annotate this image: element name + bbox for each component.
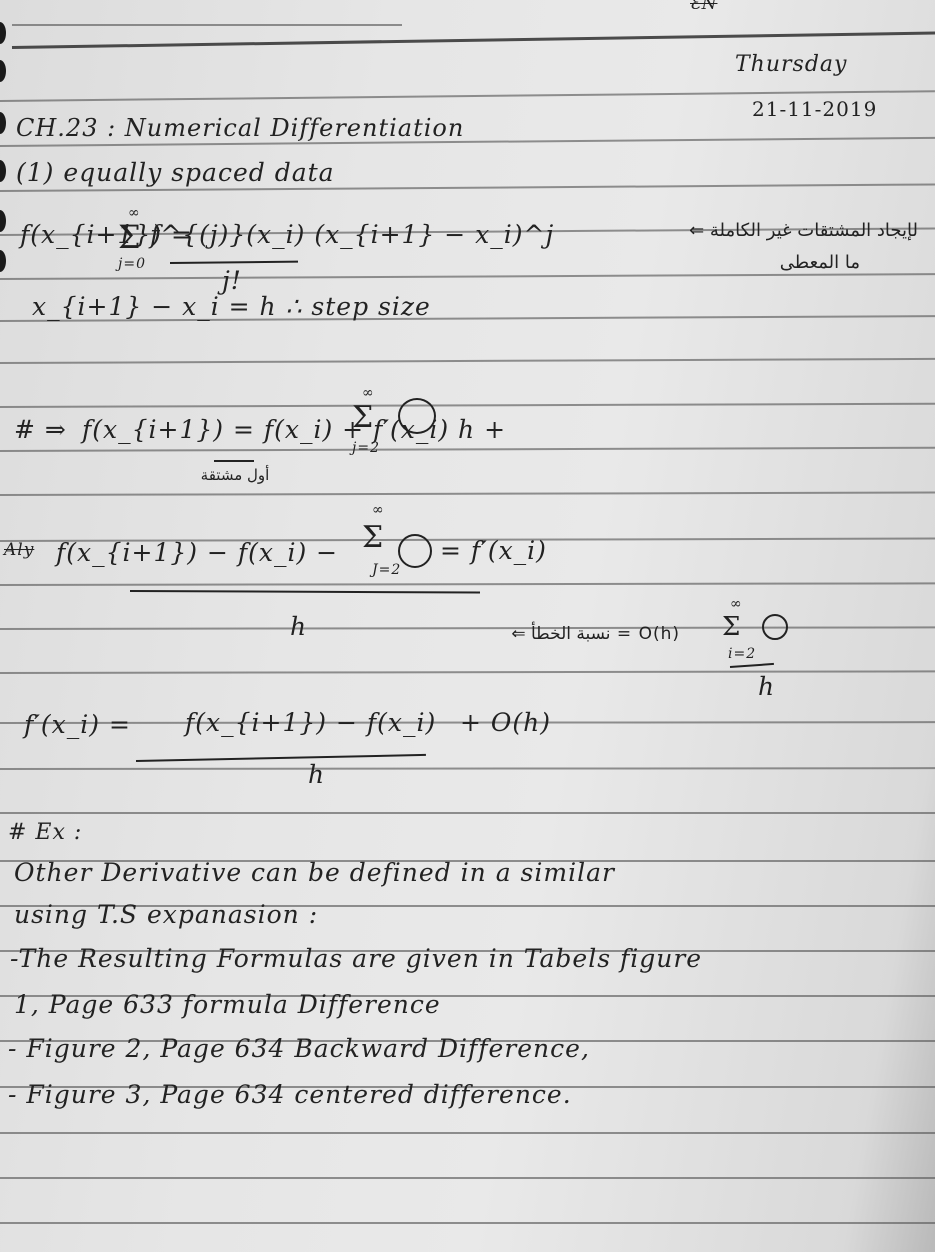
ruled-line: [0, 447, 935, 452]
fraction-bar: [170, 261, 298, 264]
note-line: -The Resulting Formulas are given in Tab…: [10, 944, 702, 973]
ruled-line: [0, 582, 935, 586]
note-line: using T.S expanasion :: [14, 900, 318, 929]
ruled-line: [0, 1222, 935, 1224]
ruled-line: [0, 1177, 935, 1179]
rearranged-sum-top: ∞: [372, 502, 385, 518]
taylor-numerator: f^{(j)}(x_i) (x_{i+1} − x_i)^j: [150, 220, 554, 249]
underbrace: [214, 460, 254, 462]
ruled-line: [0, 492, 935, 496]
remainder-circle: [398, 398, 436, 434]
margin-line: [12, 31, 935, 49]
ruled-line: [0, 812, 935, 814]
expansion-sum-top: ∞: [362, 385, 375, 401]
chapter-heading: CH.23 : Numerical Differentiation: [16, 114, 464, 142]
step-size-definition: x_{i+1} − x_i = h ∴ step size: [32, 292, 431, 321]
arabic-note: لإيجاد المشتقات غير الكاملة ⇐: [648, 220, 918, 241]
taylor-sum-bottom: j=0: [118, 256, 146, 272]
rearranged-denominator: h: [290, 612, 307, 641]
rearranged-sum-bottom: J=2: [372, 562, 401, 578]
result-tail: + O(h): [460, 708, 551, 737]
taylor-denominator: j!: [222, 266, 242, 295]
arabic-first-derivative-label: أول مشتقة: [180, 466, 290, 484]
error-order-note: O(h) = نسبة الخطأ ⇐: [440, 624, 680, 644]
remainder-circle: [762, 614, 788, 640]
date-day: Thursday: [735, 52, 847, 77]
section-subheading: (1) equally spaced data: [16, 158, 335, 187]
result-numerator: f(x_{i+1}) − f(x_i): [185, 708, 436, 737]
expansion-formula: f(x_{i+1}) = f(x_i) + f′(x_i) h +: [82, 415, 506, 444]
fraction-bar: [730, 663, 774, 668]
note-line: Other Derivative can be defined in a sim…: [14, 858, 615, 887]
sigma-icon: Σ: [118, 218, 142, 256]
ruled-line: [0, 767, 935, 770]
binding-hole: [0, 210, 6, 232]
arabic-note-line2: ما المعطى: [760, 252, 860, 273]
expansion-prefix: # ⇒: [14, 415, 67, 444]
result-denominator: h: [308, 760, 325, 789]
error-sum-top: ∞: [730, 596, 743, 612]
date-value: 21-11-2019: [752, 97, 877, 121]
binding-hole: [0, 160, 6, 182]
top-scribble: ƐN: [690, 0, 717, 14]
note-line: - Figure 2, Page 634 Backward Difference…: [8, 1034, 590, 1063]
ruled-line: [0, 273, 935, 280]
sigma-icon: Σ: [352, 400, 374, 435]
example-marker: # Ex :: [8, 820, 82, 845]
sigma-icon: Σ: [722, 612, 741, 642]
struck-prefix: Aly: [4, 540, 34, 560]
error-sum-bottom: i=2: [728, 646, 756, 662]
rearranged-rhs: = f′(x_i): [440, 536, 547, 565]
fraction-bar: [136, 754, 426, 762]
ruled-line: [0, 670, 935, 674]
ruled-line: [12, 24, 402, 26]
binding-hole: [0, 250, 6, 272]
ruled-line: [0, 1132, 935, 1134]
binding-hole: [0, 60, 6, 82]
sigma-icon: Σ: [362, 520, 384, 555]
ruled-line: [0, 358, 935, 364]
expansion-sum-bottom: j=2: [352, 440, 380, 456]
note-line: 1, Page 633 formula Difference: [14, 990, 441, 1019]
rearranged-numerator: f(x_{i+1}) − f(x_i) −: [56, 538, 338, 567]
error-denominator: h: [758, 672, 775, 701]
fraction-bar: [130, 590, 480, 594]
notebook-page: ƐN Thursday 21-11-2019 CH.23 : Numerical…: [0, 0, 935, 1252]
ruled-line: [0, 403, 935, 408]
result-lhs: f′(x_i) =: [24, 710, 131, 739]
remainder-circle: [398, 534, 432, 568]
binding-hole: [0, 112, 6, 134]
note-line: - Figure 3, Page 634 centered difference…: [8, 1080, 572, 1109]
binding-hole: [0, 22, 6, 44]
